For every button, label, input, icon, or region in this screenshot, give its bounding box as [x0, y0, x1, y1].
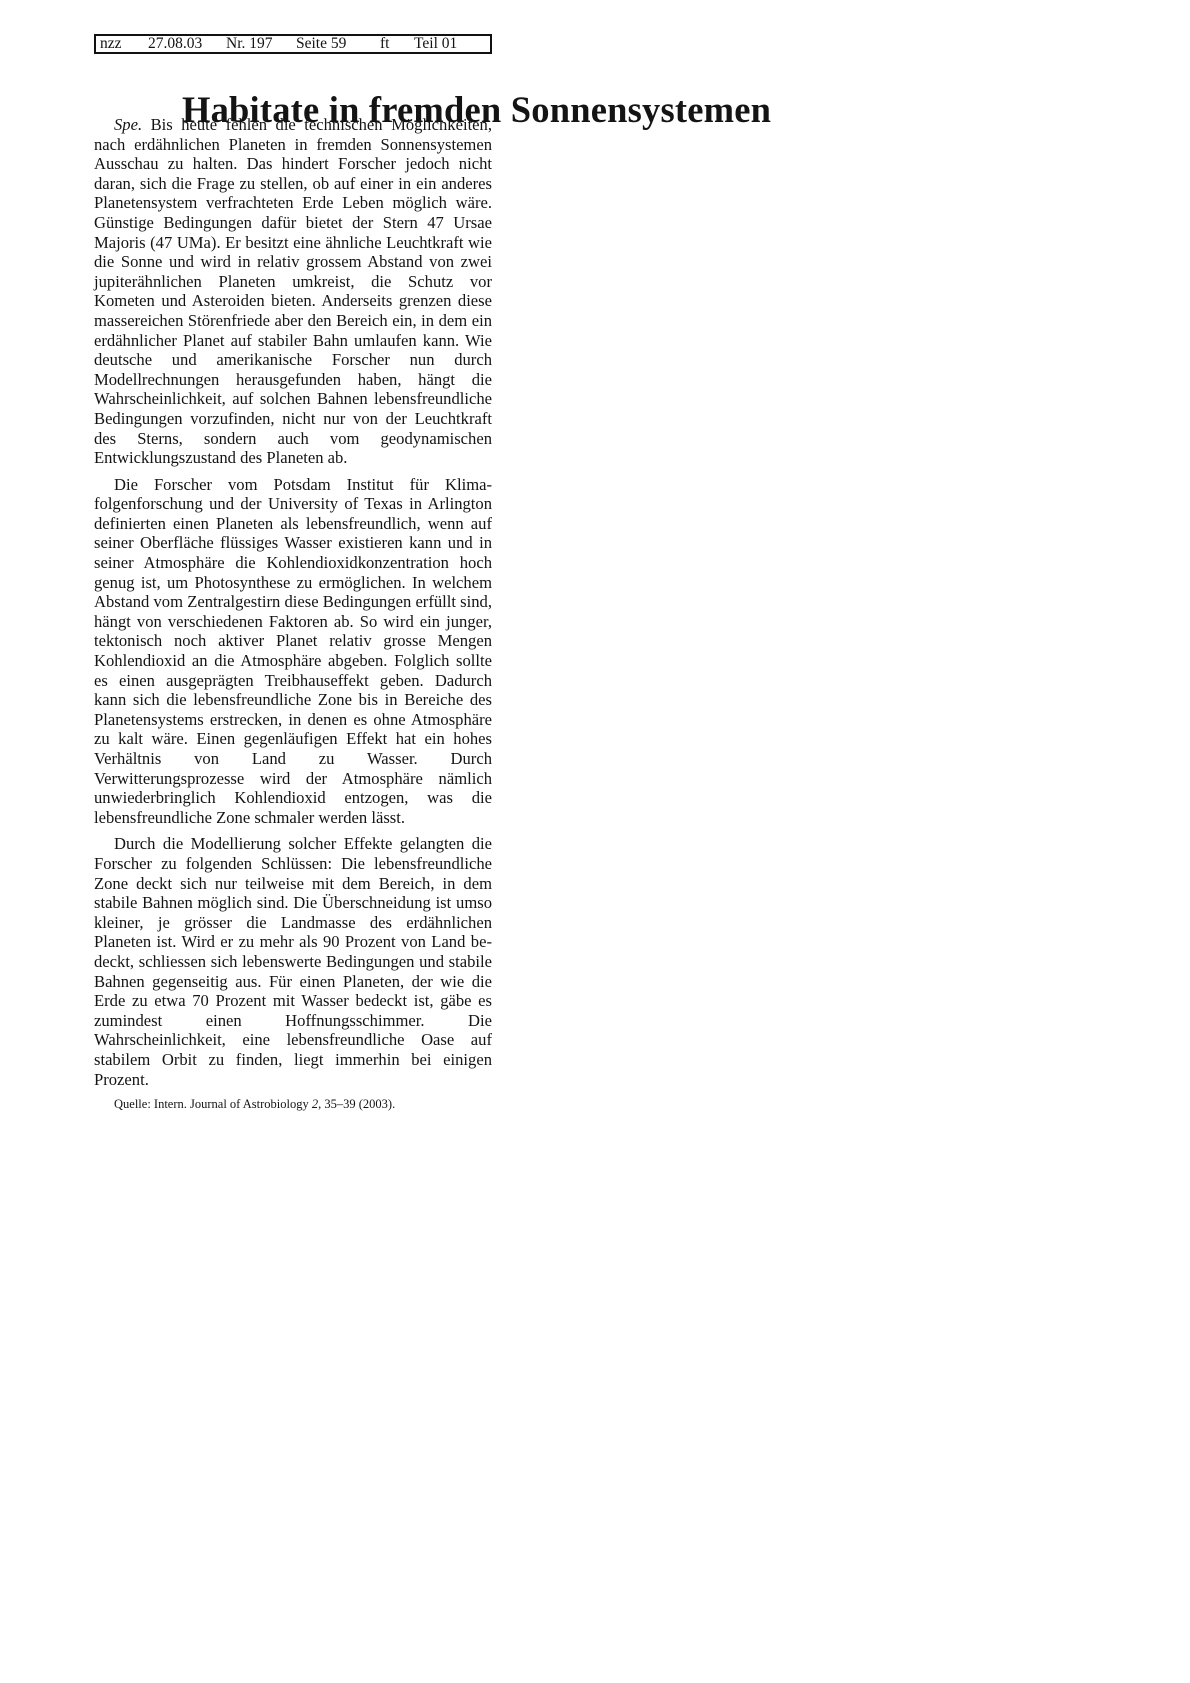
page-number: Seite 59 — [296, 36, 380, 52]
section-code: ft — [380, 36, 414, 52]
article-paragraph-1: Spe. Bis heute fehlen die technischen Mö… — [94, 115, 492, 468]
source-citation: Quelle: Intern. Journal of Astrobiology … — [94, 1096, 492, 1112]
source-prefix: Quelle: Intern. Journal of Astrobiology — [114, 1097, 312, 1111]
article-body: Spe. Bis heute fehlen die technischen Mö… — [94, 115, 492, 1112]
article-paragraph-2: Die Forscher vom Potsdam Institut für Kl… — [94, 475, 492, 828]
publication-name: nzz — [100, 36, 148, 52]
publication-date: 27.08.03 — [148, 36, 226, 52]
paragraph-text: Bis heute fehlen die technischen Möglich… — [94, 115, 492, 467]
author-initials: Spe. — [114, 115, 142, 134]
part-number: Teil 01 — [414, 36, 457, 52]
source-suffix: , 35–39 (2003). — [318, 1097, 395, 1111]
issue-number: Nr. 197 — [226, 36, 296, 52]
article-paragraph-3: Durch die Modellierung solcher Effekte g… — [94, 834, 492, 1089]
issue-header-box: nzz 27.08.03 Nr. 197 Seite 59 ft Teil 01 — [94, 34, 492, 54]
